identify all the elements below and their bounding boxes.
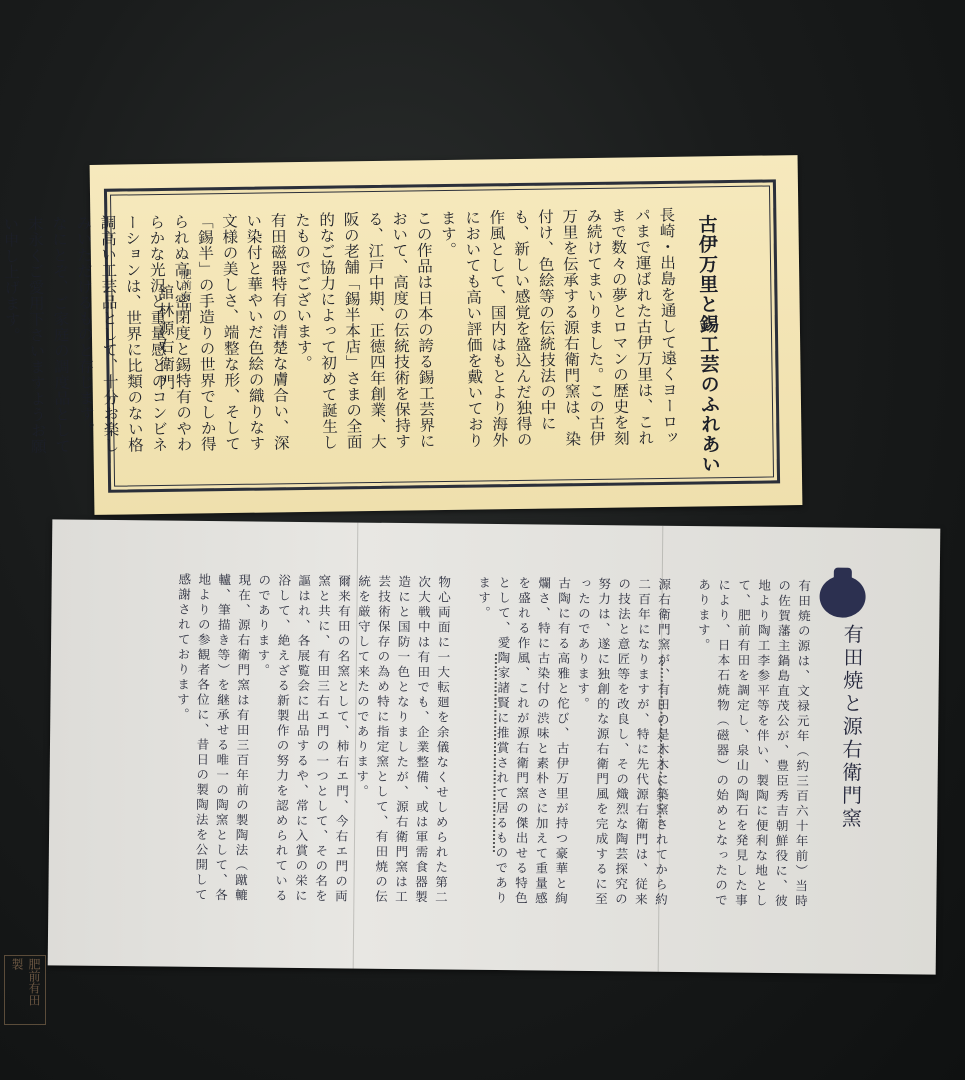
- signature-place: 肥前有田: [177, 269, 194, 313]
- corner-stamp: 肥前有田 製: [4, 955, 46, 1025]
- paragraph: 長崎・出島を通して遠くヨーロッパまで運ばれた古伊万里は、これまで数々の夢とロマン…: [435, 207, 681, 460]
- paragraph: 有田磁器特有の清楚な膚合い、深い染付と華やいだ色絵の織りなす文様の美しさ、端整な…: [71, 212, 293, 465]
- signature-name: 舘林源右衛門: [153, 284, 178, 392]
- paragraph: 爾来有田の名窯として、柿右エ門、今右エ門の両窯と共に、有田三右エ門の一つとして、…: [250, 573, 353, 904]
- top-leaflet: 古伊万里と錫工芸のふれあい 長崎・出島を通して遠くヨーロッパまで運ばれた古伊万里…: [90, 155, 803, 515]
- jar-icon: [819, 567, 866, 617]
- bottom-leaflet: 有田焼と源右衛門窯 有田焼の源は、文禄元年（約三百六十年前）当時の佐賀藩主鍋島直…: [48, 519, 941, 974]
- paragraph: 現在、源右衛門窯は有田三百年前の製陶法（蹴轆轤、筆描き等）を継承せる唯一の陶窯と…: [170, 573, 253, 904]
- paragraph: 古陶に有る高雅と佗び、古伊万里が持つ豪華と絢爛さ、特に古染付の渋味と素朴さに加え…: [470, 576, 573, 907]
- paragraph: 有田焼の源は、文禄元年（約三百六十年前）当時の佐賀藩主鍋島直茂公が、豊臣秀吉朝鮮…: [690, 578, 813, 909]
- paragraph: この作品は日本の誇る錫工芸界において、高度の伝統技術を保持する、江戸中期、正徳四…: [290, 210, 439, 462]
- bottom-leaflet-title: 有田焼と源右衛門窯: [836, 624, 867, 831]
- paragraph: 源右衛門窯が、有田の是木木に築窯されてから約二百年になりますが、特に先代源右衛門…: [570, 577, 673, 908]
- paragraph: 物心両面に一大転廻を余儀なくせしめられた第二次大戦中は有田でも、企業整備、或は軍…: [350, 575, 453, 906]
- top-leaflet-body: 長崎・出島を通して遠くヨーロッパまで運ばれた古伊万里は、これまで数々の夢とロマン…: [0, 207, 682, 466]
- top-leaflet-title: 古伊万里と錫工芸のふれあい: [693, 214, 724, 474]
- bottom-leaflet-body: 有田焼の源は、文禄元年（約三百六十年前）当時の佐賀藩主鍋島直茂公が、豊臣秀吉朝鮮…: [170, 573, 813, 910]
- paragraph: なにとぞ、ご家庭の調度品として末永くご愛用下さいますようお願い申し上げます。: [0, 215, 74, 466]
